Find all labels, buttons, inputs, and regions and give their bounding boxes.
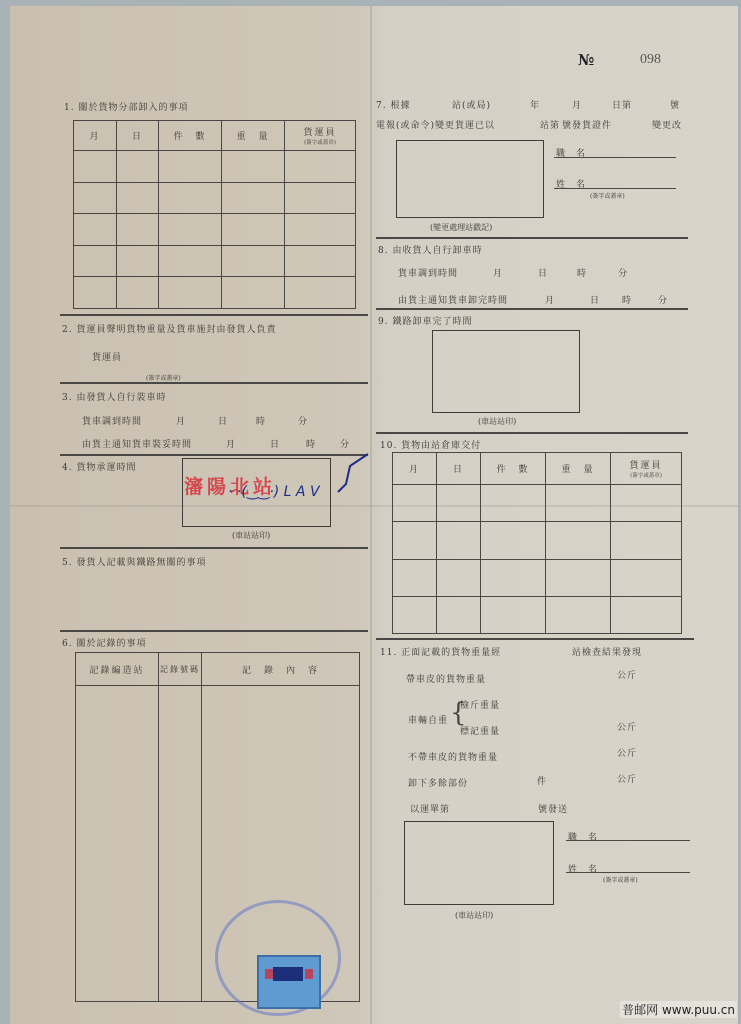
- s11-name-label: 姓 名: [568, 862, 598, 875]
- s1-col-clerk: 貨運員(簽字或蓋章): [285, 121, 356, 151]
- name-line[interactable]: [554, 188, 676, 189]
- s10-col-pieces: 件 數: [481, 453, 546, 485]
- s7-text: 站(或局): [452, 98, 491, 111]
- s2-clerk-label: 貨運員: [92, 350, 122, 363]
- s7-text: 年: [530, 98, 540, 111]
- s5-title: 5. 發貨人記載與鐵路無關的事項: [62, 555, 206, 568]
- s11-excess: 卸下多餘部份: [408, 776, 468, 789]
- handwritten-signature: · ·(‿‿·) L A V: [228, 484, 320, 500]
- s7-text: 號發貨證件: [562, 118, 612, 131]
- s10-col-day: 日: [437, 453, 481, 485]
- s8-line2: 由貨主通知貨車卸完時間: [398, 293, 508, 306]
- s7-text: 月: [572, 98, 582, 111]
- s6-title: 6. 關於記錄的事項: [62, 636, 146, 649]
- unit-hour: 時: [256, 414, 266, 427]
- unit-minute: 分: [340, 437, 350, 450]
- s1-title: 1. 關於貨物分部卸入的事項: [64, 100, 188, 113]
- s7-name-note: (簽字或蓋章): [590, 191, 625, 200]
- s11-caption: (車站站印): [455, 910, 493, 921]
- s2-title: 2. 貨運員聲明貨物重量及貨車施封由發貨人負責: [62, 322, 276, 335]
- document-number: 098: [640, 52, 661, 68]
- vertical-fold: [370, 6, 372, 1024]
- s3-title: 3. 由發貨人自行裝車時: [62, 390, 166, 403]
- s3-line1: 貨車調到時間: [82, 414, 142, 427]
- unit-kg: 公斤: [617, 746, 637, 759]
- s11-title-right: 站檢查結果發現: [572, 645, 642, 658]
- divider: [376, 638, 694, 640]
- s6-col-number: 記錄號碼: [159, 653, 202, 686]
- s7-text: 變更改: [652, 118, 682, 131]
- unit-kg: 公斤: [617, 772, 637, 785]
- divider: [376, 432, 688, 434]
- s1-col-month: 月: [74, 121, 117, 151]
- s11-title-label: 職 名: [568, 830, 598, 843]
- s7-text: 站第: [540, 118, 560, 131]
- s11-stamp-box: [404, 821, 554, 905]
- unit-month: 月: [176, 414, 186, 427]
- s11-sent: 號發送: [538, 802, 568, 815]
- unit-kg: 公斤: [617, 668, 637, 681]
- s10-col-month: 月: [393, 453, 437, 485]
- unit-day: 日: [590, 293, 600, 306]
- divider: [60, 630, 368, 632]
- s1-table: 月 日 件 數 重 量 貨運員(簽字或蓋章): [73, 120, 356, 309]
- s9-stamp-box: [432, 330, 580, 413]
- divider: [60, 382, 368, 384]
- name-line[interactable]: [566, 872, 690, 873]
- s7-text: 號: [670, 98, 680, 111]
- s11-net-weight: 不帶車皮的貨物重量: [408, 750, 498, 763]
- divider: [60, 547, 368, 549]
- s11-tare-label: 車輛自重: [408, 713, 448, 726]
- divider: [376, 308, 688, 310]
- s10-col-clerk: 貨運員(簽字或蓋章): [611, 453, 682, 485]
- s11-name-note: (簽字或蓋章): [603, 875, 638, 884]
- s7-text: 電報(或命令)變更貨運已以: [376, 118, 495, 131]
- unit-hour: 時: [577, 266, 587, 279]
- s2-note: (簽字或蓋章): [146, 373, 181, 382]
- s1-col-pieces: 件 數: [159, 121, 222, 151]
- number-label: №: [578, 51, 594, 69]
- s9-title: 9. 鐵路卸車完了時間: [378, 314, 472, 327]
- watermark: 普邮网 www.puu.cn: [620, 1001, 737, 1018]
- s3-line2: 由貨主通知貨車裝妥時間: [82, 437, 192, 450]
- s10-table: 月 日 件 數 重 量 貨運員(簽字或蓋章): [392, 452, 682, 634]
- unit-month: 月: [226, 437, 236, 450]
- unit-minute: 分: [618, 266, 628, 279]
- s1-col-day: 日: [117, 121, 159, 151]
- unit-day: 日: [270, 437, 280, 450]
- s10-title: 10. 貨物由站倉庫交付: [380, 438, 481, 451]
- s4-title: 4. 貨物承運時間: [62, 460, 136, 473]
- unit-kg: 公斤: [617, 720, 637, 733]
- s7-text: 日第: [612, 98, 632, 111]
- s11-tare-marked: 標記重量: [460, 724, 500, 737]
- s7-stamp-box: [396, 140, 544, 218]
- s1-col-weight: 重 量: [222, 121, 285, 151]
- divider: [60, 314, 368, 316]
- s10-col-weight: 重 量: [546, 453, 611, 485]
- unit-pieces: 件: [537, 774, 547, 787]
- unit-month: 月: [545, 293, 555, 306]
- s7-text: 7. 根據: [376, 98, 410, 111]
- unit-minute: 分: [658, 293, 668, 306]
- s4-caption: (車站站印): [232, 530, 270, 541]
- unit-minute: 分: [298, 414, 308, 427]
- s11-gross-weight: 帶車皮的貨物重量: [406, 672, 486, 685]
- title-line[interactable]: [554, 157, 676, 158]
- s9-caption: (車站站印): [478, 416, 516, 427]
- pen-stroke: [320, 452, 370, 502]
- s11-waybill: 以運單第: [410, 802, 450, 815]
- s6-col-station: 記錄編造站: [76, 653, 159, 686]
- unit-hour: 時: [306, 437, 316, 450]
- unit-hour: 時: [622, 293, 632, 306]
- s6-col-content: 記 錄 內 容: [202, 653, 360, 686]
- s11-title: 11. 正面記載的貨物重量經: [380, 645, 501, 658]
- divider: [376, 237, 688, 239]
- unit-day: 日: [218, 414, 228, 427]
- s8-title: 8. 由收貨人自行卸車時: [378, 243, 482, 256]
- title-line[interactable]: [566, 840, 690, 841]
- revenue-stamp: [257, 955, 321, 1009]
- unit-month: 月: [493, 266, 503, 279]
- s7-caption: (變更處理站戳記): [430, 222, 492, 233]
- s11-tare-measured: 檢斤重量: [460, 698, 500, 711]
- s8-line1: 貨車調到時間: [398, 266, 458, 279]
- unit-day: 日: [538, 266, 548, 279]
